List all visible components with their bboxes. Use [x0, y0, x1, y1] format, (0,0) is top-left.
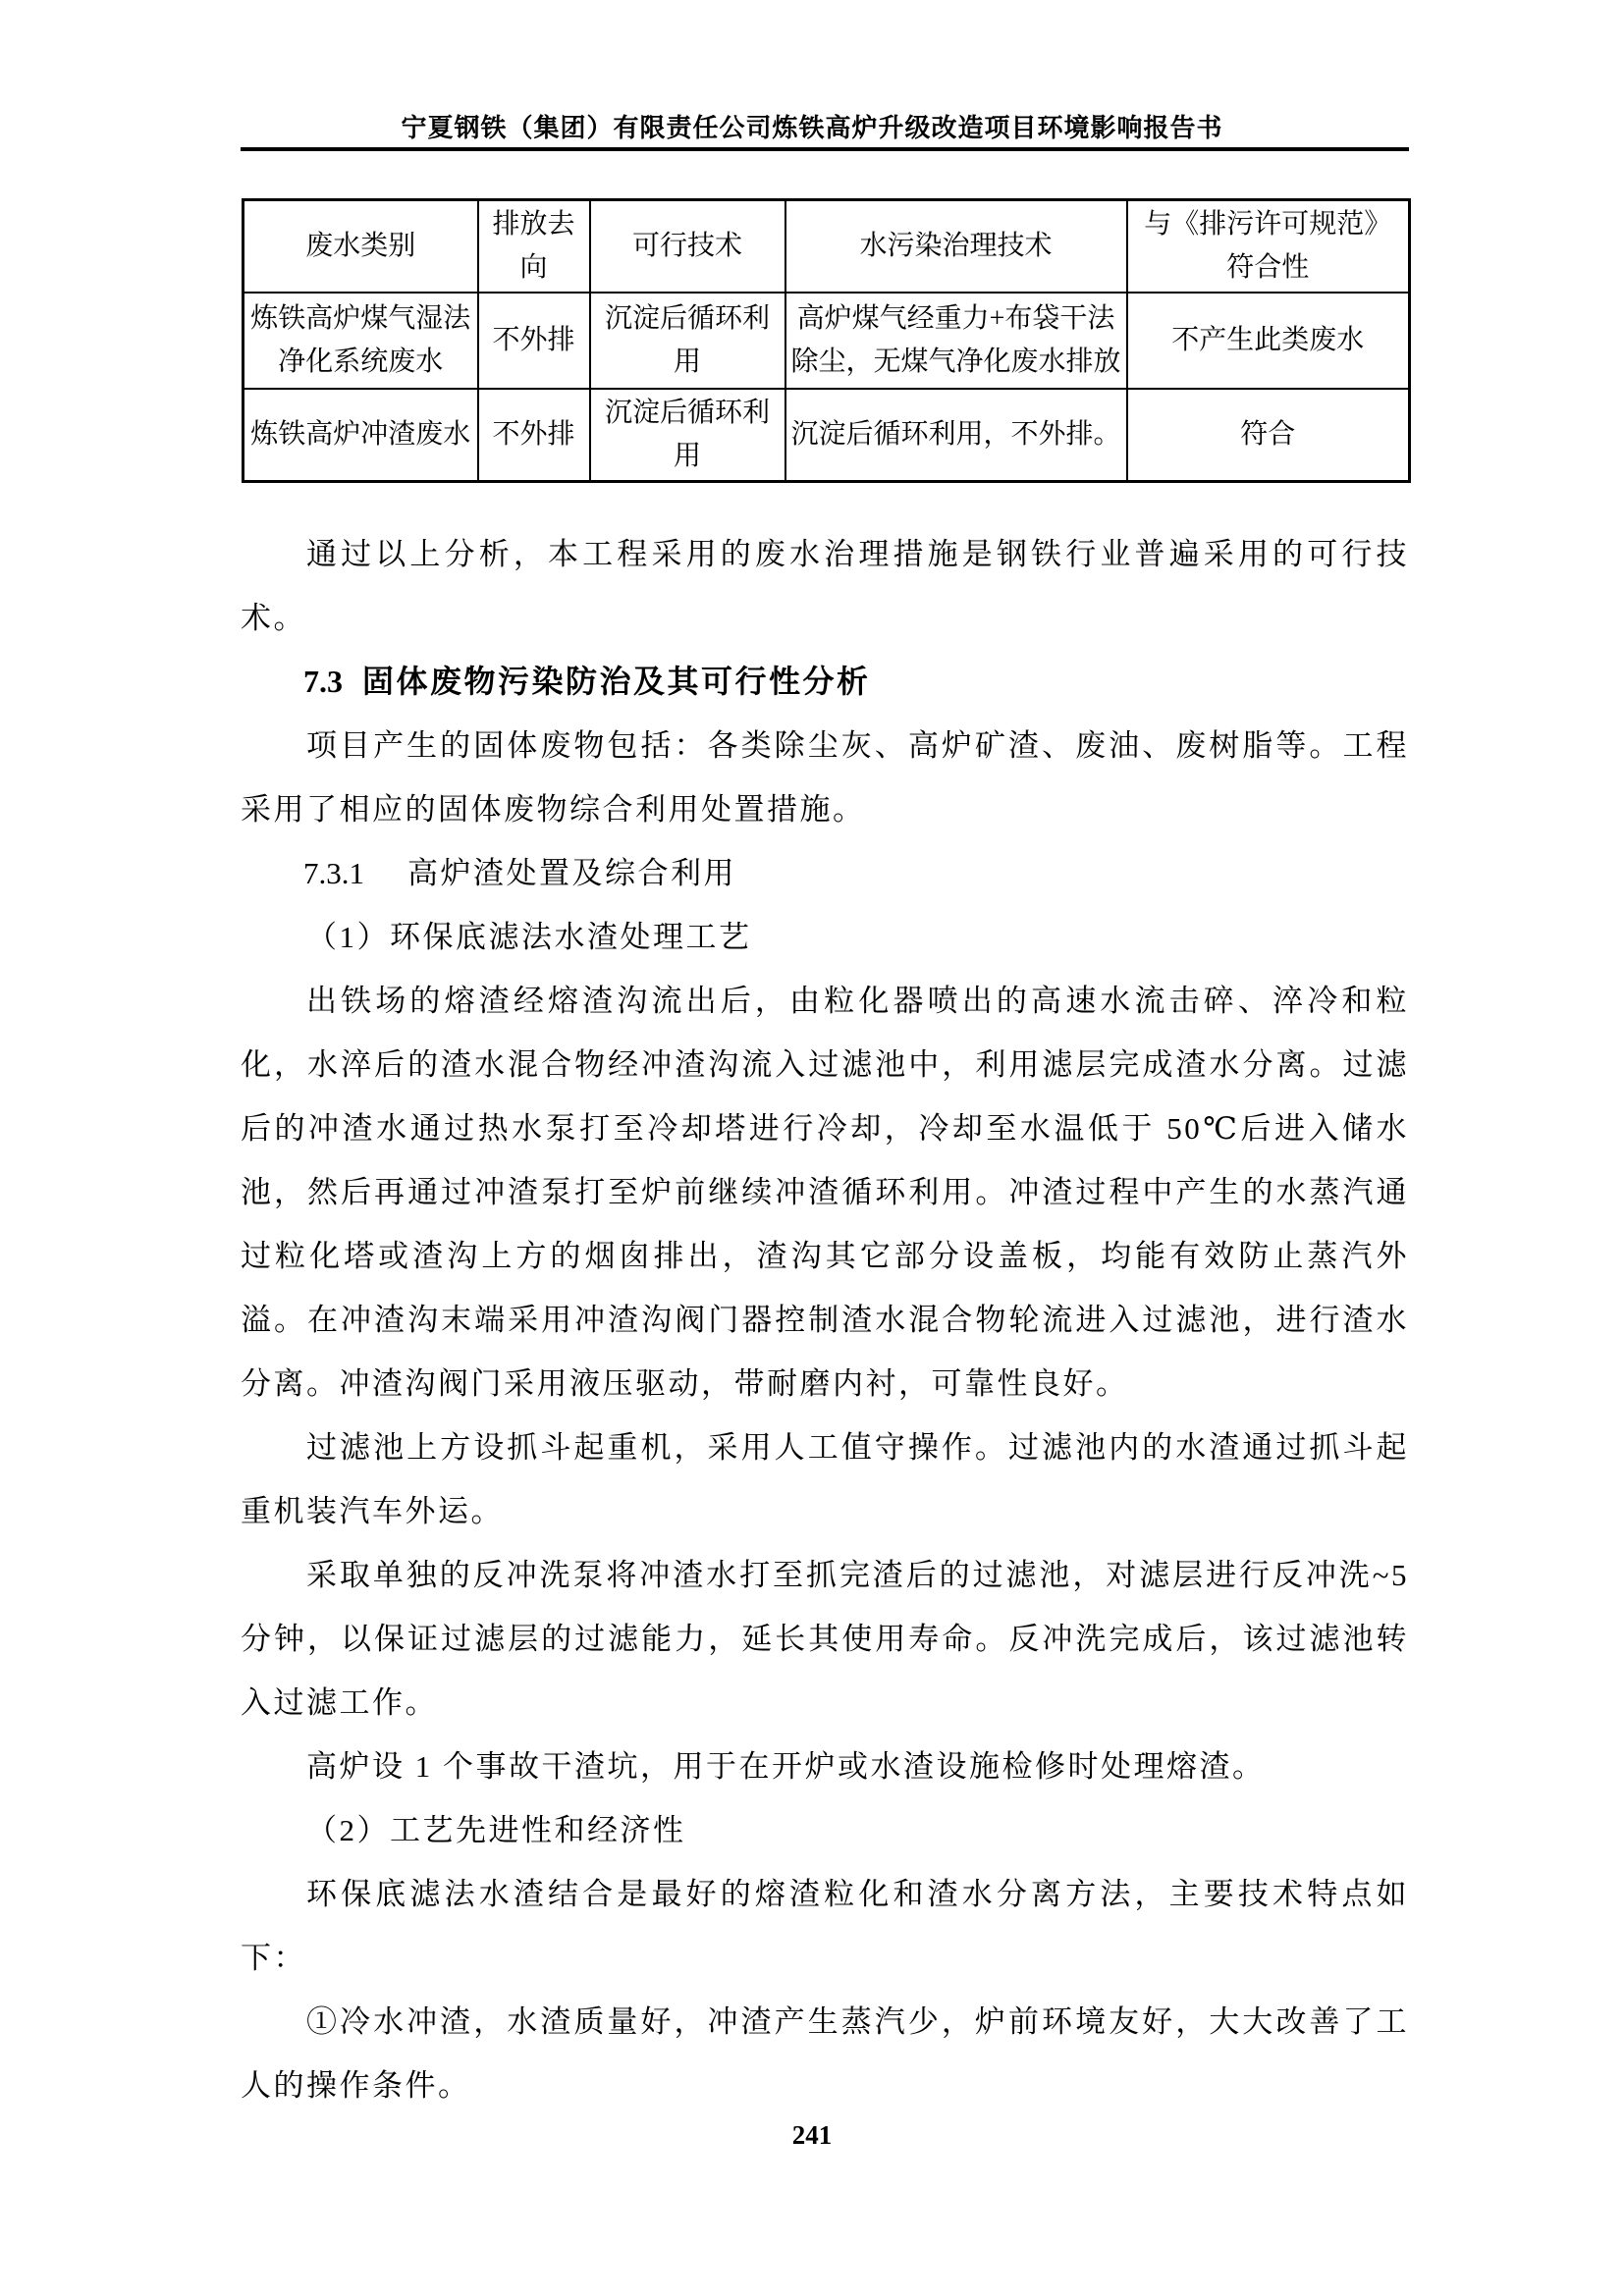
paragraph-solid-waste: 项目产生的固体废物包括：各类除尘灰、高炉矿渣、废油、废树脂等。工程采用了相应的固… [241, 714, 1409, 841]
paragraph-point-1: ①冷水冲渣，水渣质量好，冲渣产生蒸汽少，炉前环境友好，大大改善了工人的操作条件。 [241, 1990, 1409, 2117]
cell-discharge-direction: 不外排 [478, 293, 590, 389]
table-header-row: 废水类别 排放去向 可行技术 水污染治理技术 与《排污许可规范》符合性 [244, 200, 1410, 294]
document-page: 宁夏钢铁（集团）有限责任公司炼铁高炉升级改造项目环境影响报告书 废水类别 排放去… [0, 0, 1624, 2296]
table-row: 炼铁高炉煤气湿法净化系统废水 不外排 沉淀后循环利用 高炉煤气经重力+布袋干法除… [244, 293, 1410, 389]
paragraph-slag-process: 出铁场的熔渣经熔渣沟流出后，由粒化器喷出的高速水流击碎、淬冷和粒化，水淬后的渣水… [241, 969, 1409, 1415]
page-number: 241 [0, 2120, 1624, 2151]
section-number: 7.3.1 [303, 856, 364, 890]
paragraph-backwash: 采取单独的反冲洗泵将冲渣水打至抓完渣后的过滤池，对滤层进行反冲洗~5分钟，以保证… [241, 1543, 1409, 1735]
item-title-2: （2）工艺先进性和经济性 [241, 1798, 1409, 1862]
cell-permit-compliance: 符合 [1127, 389, 1410, 482]
wastewater-treatment-table: 废水类别 排放去向 可行技术 水污染治理技术 与《排污许可规范》符合性 炼铁高炉… [242, 198, 1411, 483]
col-header-permit-compliance: 与《排污许可规范》符合性 [1127, 200, 1410, 294]
cell-permit-compliance: 不产生此类废水 [1127, 293, 1410, 389]
section-heading-7-3-1: 7.3.1高炉渣处置及综合利用 [241, 841, 1409, 905]
cell-treatment-technology: 沉淀后循环利用，不外排。 [785, 389, 1127, 482]
cell-wastewater-type: 炼铁高炉煤气湿法净化系统废水 [244, 293, 478, 389]
document-body: 通过以上分析，本工程采用的废水治理措施是钢铁行业普遍采用的可行技术。 7.3固体… [241, 522, 1409, 2117]
paragraph-dry-slag-pit: 高炉设 1 个事故干渣坑，用于在开炉或水渣设施检修时处理熔渣。 [241, 1735, 1409, 1798]
cell-feasible-technique: 沉淀后循环利用 [590, 293, 785, 389]
col-header-feasible-technique: 可行技术 [590, 200, 785, 294]
paragraph-advantage: 环保底滤法水渣结合是最好的熔渣粒化和渣水分离方法，主要技术特点如下： [241, 1862, 1409, 1990]
cell-wastewater-type: 炼铁高炉冲渣废水 [244, 389, 478, 482]
col-header-discharge-direction: 排放去向 [478, 200, 590, 294]
section-number: 7.3 [303, 664, 343, 699]
header-divider-rule [241, 147, 1409, 151]
paragraph-conclusion: 通过以上分析，本工程采用的废水治理措施是钢铁行业普遍采用的可行技术。 [241, 522, 1409, 650]
item-title-1: （1）环保底滤法水渣处理工艺 [241, 905, 1409, 969]
section-title: 固体废物污染防治及其可行性分析 [362, 664, 871, 699]
table-row: 炼铁高炉冲渣废水 不外排 沉淀后循环利用 沉淀后循环利用，不外排。 符合 [244, 389, 1410, 482]
col-header-treatment-technology: 水污染治理技术 [785, 200, 1127, 294]
cell-feasible-technique: 沉淀后循环利用 [590, 389, 785, 482]
cell-discharge-direction: 不外排 [478, 389, 590, 482]
page-header-title: 宁夏钢铁（集团）有限责任公司炼铁高炉升级改造项目环境影响报告书 [0, 108, 1624, 144]
section-heading-7-3: 7.3固体废物污染防治及其可行性分析 [241, 650, 1409, 714]
cell-treatment-technology: 高炉煤气经重力+布袋干法除尘，无煤气净化废水排放 [785, 293, 1127, 389]
section-title: 高炉渣处置及综合利用 [407, 856, 736, 890]
col-header-wastewater-type: 废水类别 [244, 200, 478, 294]
paragraph-grab-crane: 过滤池上方设抓斗起重机，采用人工值守操作。过滤池内的水渣通过抓斗起重机装汽车外运… [241, 1415, 1409, 1543]
